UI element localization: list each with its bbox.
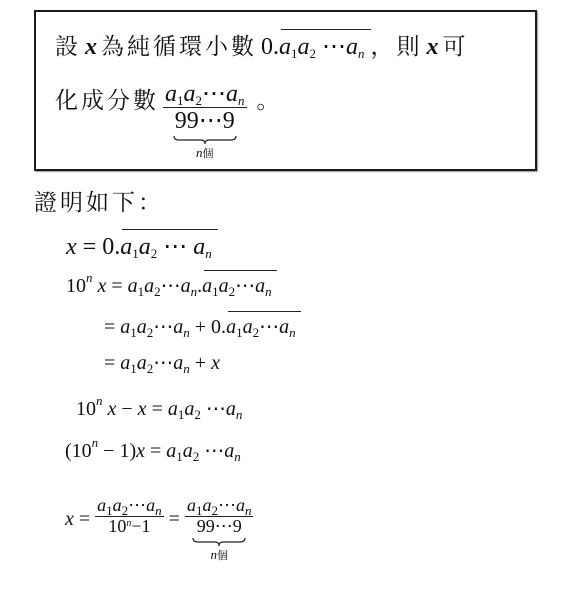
text: ，則 [371, 34, 423, 60]
theorem-line-1: 設 x 為純循環小數 0.a1a2 ⋯an ，則 x 可 [55, 28, 469, 61]
var-x: x [427, 34, 439, 60]
proof-line-1: x = 0.a1a2 ⋯ an [66, 232, 218, 261]
proof-line-3: = a1a2⋯an + 0.a1a2⋯an [104, 314, 301, 339]
proof-heading: 證明如下： [34, 184, 164, 217]
proof-line-6: (10n − 1)x = a1a2 ⋯an [65, 438, 241, 463]
var-x: x [85, 34, 97, 60]
theorem-line-2: 化成分數 a1a2⋯an 99⋯9 n個 。 [55, 82, 283, 161]
proof-line-2: 10n x = a1a2⋯an.a1a2⋯an [66, 273, 277, 298]
proof-line-5: 10n x − x = a1a2 ⋯an [76, 396, 242, 421]
text: 可 [443, 34, 469, 60]
text: 化成分數 [55, 88, 159, 114]
text: 。 [257, 88, 283, 114]
fraction-2: a1a2⋯an 99⋯9 n個 [185, 496, 254, 563]
fraction: a1a2⋯an 99⋯9 n個 [163, 81, 247, 161]
text: 設 [55, 34, 81, 60]
text: 為純循環小數 [101, 34, 257, 60]
proof-line-4: = a1a2⋯an + x [104, 350, 220, 375]
underbrace-icon [163, 135, 247, 145]
underbrace-icon [185, 537, 254, 547]
fraction-1: a1a2⋯an 10n−1 [95, 496, 164, 537]
repeating-decimal: 0.a1a2 ⋯an [261, 34, 371, 60]
proof-line-7: x = a1a2⋯an 10n−1 = a1a2⋯an 99⋯9 n個 [65, 496, 253, 563]
